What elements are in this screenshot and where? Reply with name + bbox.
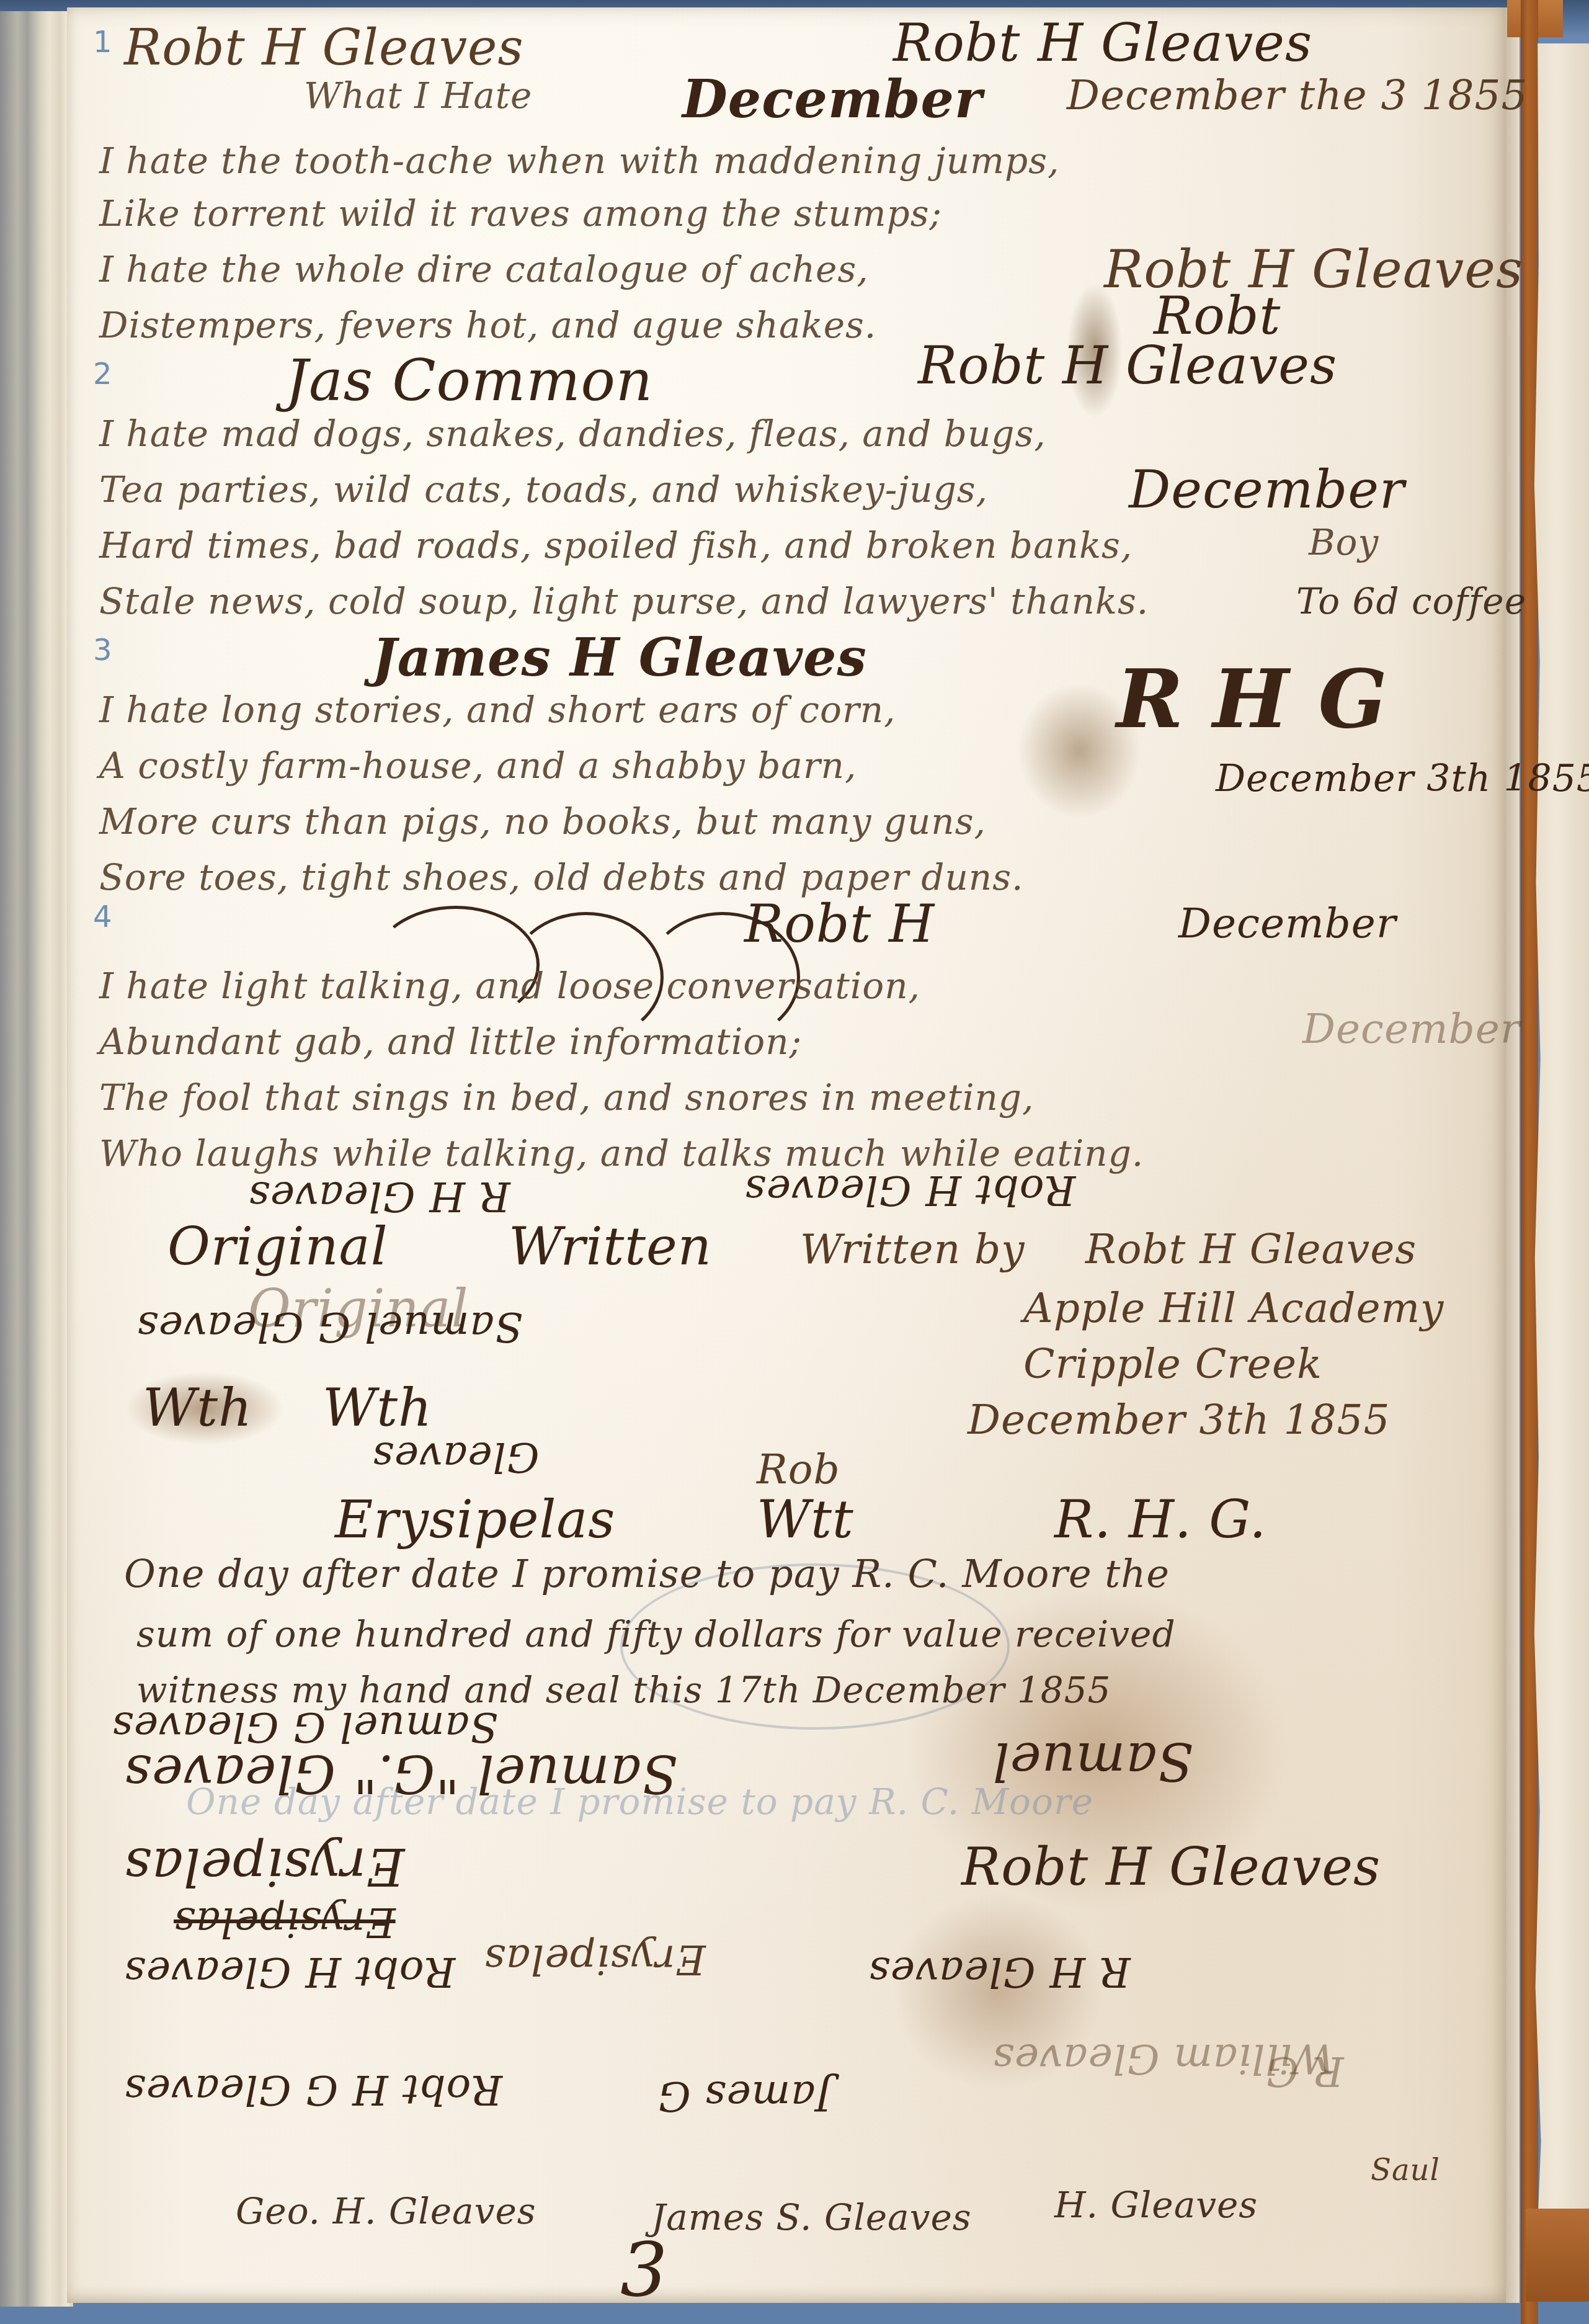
poem-line: A costly farm-house, and a shabby barn, bbox=[99, 744, 857, 787]
stanza-number: 3 bbox=[93, 633, 113, 668]
signature-top-left: Robt H Gleaves bbox=[124, 19, 524, 76]
place-name: Cripple Creek bbox=[1023, 1340, 1322, 1388]
stanza-number: 1 bbox=[93, 25, 113, 60]
scribble-rob: Rob bbox=[757, 1446, 840, 1493]
heading-december: December bbox=[682, 68, 982, 130]
label-written-by: Written by bbox=[800, 1225, 1025, 1273]
poem-line: The fool that sings in bed, and snores i… bbox=[99, 1076, 1034, 1119]
binding-spine bbox=[1521, 0, 1538, 2324]
poem-line: Hard times, bad roads, spoiled fish, and… bbox=[99, 524, 1133, 566]
heading-december-mid: December bbox=[1178, 900, 1396, 947]
inverted-signature: Samuel G Gleaves bbox=[136, 1303, 523, 1351]
margin-note-coffee: To 6d coffee bbox=[1296, 580, 1526, 622]
signature-upright: Robt H Gleaves bbox=[961, 1836, 1381, 1897]
poem-line: Sore toes, tight shoes, old debts and pa… bbox=[99, 856, 1023, 898]
page-edges-left bbox=[0, 11, 73, 2307]
poem-title: What I Hate bbox=[304, 74, 532, 117]
inverted-signature: R H Gleaves bbox=[868, 1948, 1131, 1996]
poem-line: I hate the tooth-ache when with maddenin… bbox=[99, 140, 1059, 182]
inverted-signature: Erysipelas bbox=[484, 1936, 706, 1983]
stanza-number: 2 bbox=[93, 357, 113, 391]
inverted-signature: R G bbox=[1265, 2047, 1343, 2095]
faint-copy-line: One day after date I promise to pay R. C… bbox=[186, 1781, 1093, 1823]
attribution-date: December 3th 1855 bbox=[968, 1396, 1390, 1444]
poem-line: I hate the whole dire catalogue of aches… bbox=[99, 248, 869, 290]
author-name: Robt H Gleaves bbox=[1085, 1225, 1417, 1273]
faint-december: December bbox=[1302, 1005, 1520, 1053]
date-december-3: December 3th 1855 bbox=[1216, 757, 1589, 800]
signature-top-right: Robt H Gleaves bbox=[893, 12, 1312, 73]
signature-geo: Geo. H. Gleaves bbox=[236, 2190, 536, 2232]
signature-saul: Saul bbox=[1371, 2153, 1440, 2188]
signature-h-gleaves: H. Gleaves bbox=[1054, 2184, 1258, 2226]
poem-line: Distempers, fevers hot, and ague shakes. bbox=[99, 304, 876, 346]
monogram-rhg: R H G bbox=[1116, 651, 1387, 746]
scribble-wtt: Wtt bbox=[757, 1489, 854, 1550]
poem-line: Abundant gab, and little information; bbox=[99, 1021, 802, 1063]
date-top-right: December the 3 1855 bbox=[1067, 71, 1528, 119]
scanned-book-spread: 1 2 3 4 Robt H Gleaves Robt H Gleaves Wh… bbox=[0, 0, 1589, 2324]
poem-line: Like torrent wild it raves among the stu… bbox=[99, 192, 942, 235]
signature-james-h: James H Gleaves bbox=[372, 627, 867, 688]
inverted-signature: Robt H Gleaves bbox=[124, 1948, 455, 1996]
poem-line: More curs than pigs, no books, but many … bbox=[99, 800, 986, 842]
struck-through-word: Erysipelas bbox=[174, 1898, 396, 1946]
flourish-robt-h: Robt H bbox=[744, 893, 935, 954]
label-original: Original bbox=[167, 1216, 388, 1277]
signature-robt-h: Robt H Gleaves bbox=[918, 335, 1337, 396]
signature-jas-common: Jas Common bbox=[285, 347, 653, 414]
numeral-scribble: 3 bbox=[620, 2227, 668, 2313]
inverted-signature: Robt H G Gleaves bbox=[124, 2066, 502, 2114]
poem-line: I hate light talking, and loose conversa… bbox=[99, 965, 920, 1007]
note-line: sum of one hundred and fifty dollars for… bbox=[136, 1613, 1176, 1655]
scribble-wth: Wth bbox=[143, 1377, 252, 1438]
torn-facing-leaf bbox=[1533, 43, 1589, 2252]
scribble-wth: Wth bbox=[323, 1377, 432, 1438]
scribble-rhg: R. H. G. bbox=[1054, 1489, 1266, 1550]
margin-note-boy: Boy bbox=[1309, 521, 1379, 563]
stanza-number: 4 bbox=[93, 900, 113, 934]
note-line: One day after date I promise to pay R. C… bbox=[124, 1551, 1170, 1596]
signature-james-s: James S. Gleaves bbox=[651, 2196, 972, 2238]
inverted-signature: R H Gleaves bbox=[248, 1173, 510, 1220]
poem-line: Tea parties, wild cats, toads, and whisk… bbox=[99, 468, 988, 511]
binding-leather-bottom bbox=[1526, 2209, 1589, 2302]
inverted-gleaves: Gleaves bbox=[372, 1433, 539, 1481]
poem-line: Stale news, cold soup, light purse, and … bbox=[99, 580, 1149, 622]
inverted-signature: James G bbox=[657, 2072, 832, 2120]
poem-line: I hate mad dogs, snakes, dandies, fleas,… bbox=[99, 413, 1046, 455]
inverted-signature: Erysipelas bbox=[124, 1836, 404, 1897]
label-written: Written bbox=[509, 1216, 712, 1277]
school-name: Apple Hill Academy bbox=[1023, 1284, 1444, 1332]
heading-december-right: December bbox=[1129, 459, 1405, 520]
poem-line: I hate long stories, and short ears of c… bbox=[99, 689, 896, 731]
inverted-signature: Robt H Gleaves bbox=[744, 1166, 1075, 1214]
scribble-erysipelas: Erysipelas bbox=[335, 1489, 615, 1550]
